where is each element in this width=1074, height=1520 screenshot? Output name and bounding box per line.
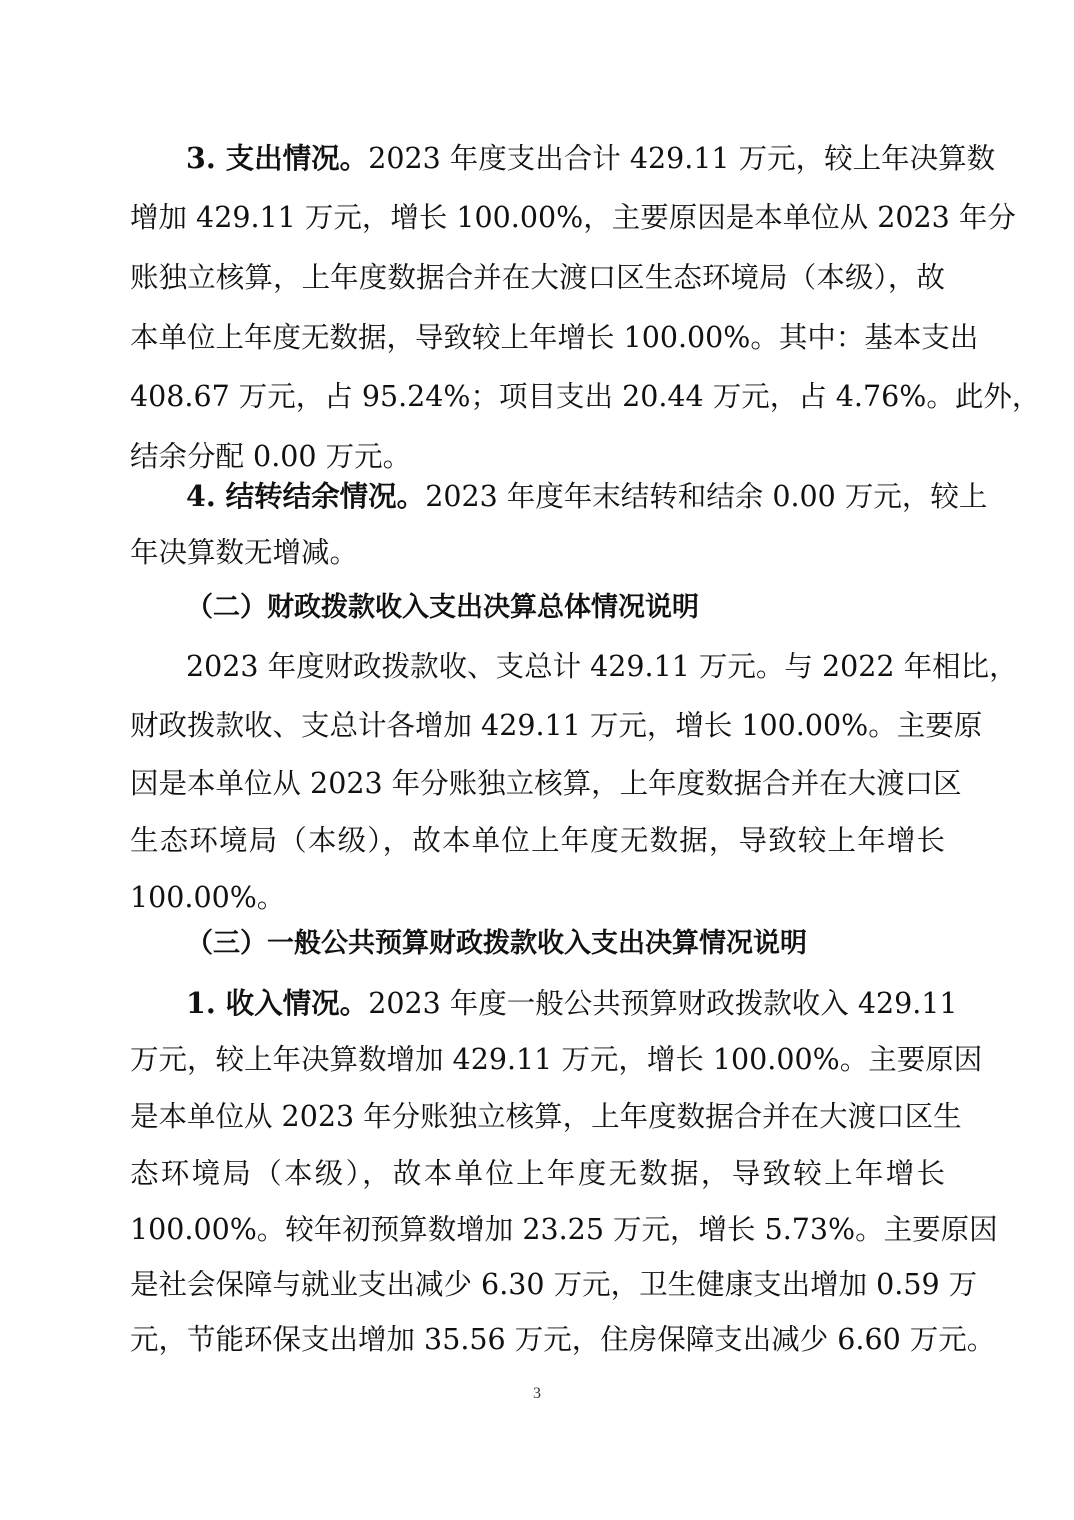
paragraph-line: 是社会保障与就业支出减少 6.30 万元，卫生健康支出增加 0.59 万: [130, 1265, 945, 1305]
text-run: 2023 年度一般公共预算财政拨款收入 429.11: [368, 987, 957, 1020]
paragraph-line: 账独立核算，上年度数据合并在大渡口区生态环境局（本级），故: [130, 258, 945, 298]
text-run: 2023 年度支出合计 429.11 万元，较上年决算数: [368, 142, 995, 175]
section-heading: （二）财政拨款收入支出决算总体情况说明: [186, 588, 945, 628]
paragraph-line: 408.67 万元，占 95.24%；项目支出 20.44 万元，占 4.76%…: [130, 377, 945, 417]
paragraph-line: 100.00%。: [130, 878, 945, 918]
paragraph-line: 4. 结转结余情况。2023 年度年末结转和结余 0.00 万元，较上: [186, 476, 945, 516]
paragraph-line: 年决算数无增减。: [130, 533, 945, 573]
paragraph-line: 态环境局（本级），故本单位上年度无数据，导致较上年增长: [130, 1154, 945, 1194]
paragraph-line: 万元，较上年决算数增加 429.11 万元，增长 100.00%。主要原因: [130, 1040, 945, 1080]
paragraph-line: 财政拨款收、支总计各增加 429.11 万元，增长 100.00%。主要原: [130, 706, 945, 746]
section-heading: （三）一般公共预算财政拨款收入支出决算情况说明: [186, 924, 945, 964]
paragraph-line: 生态环境局（本级），故本单位上年度无数据，导致较上年增长: [130, 821, 945, 861]
section-lead-label: 3. 支出情况。: [186, 141, 368, 175]
section-lead-label: 4. 结转结余情况。: [186, 479, 425, 513]
paragraph-line: 2023 年度财政拨款收、支总计 429.11 万元。与 2022 年相比，: [186, 647, 945, 687]
paragraph-line: 结余分配 0.00 万元。: [130, 437, 945, 477]
paragraph-line: 因是本单位从 2023 年分账独立核算，上年度数据合并在大渡口区: [130, 764, 945, 804]
paragraph-line: 1. 收入情况。2023 年度一般公共预算财政拨款收入 429.11: [186, 983, 945, 1023]
paragraph-line: 本单位上年度无数据，导致较上年增长 100.00%。其中：基本支出: [130, 318, 945, 358]
page-number: 3: [0, 1385, 1074, 1403]
paragraph-line: 100.00%。较年初预算数增加 23.25 万元，增长 5.73%。主要原因: [130, 1210, 945, 1250]
text-run: 2023 年度年末结转和结余 0.00 万元，较上: [425, 480, 987, 513]
paragraph-line: 元，节能环保支出增加 35.56 万元，住房保障支出减少 6.60 万元。: [130, 1320, 945, 1360]
paragraph-line: 3. 支出情况。2023 年度支出合计 429.11 万元，较上年决算数: [186, 138, 945, 178]
paragraph-line: 增加 429.11 万元，增长 100.00%，主要原因是本单位从 2023 年…: [130, 198, 945, 238]
paragraph-line: 是本单位从 2023 年分账独立核算，上年度数据合并在大渡口区生: [130, 1097, 945, 1137]
section-lead-label: 1. 收入情况。: [186, 986, 368, 1020]
document-page: 3. 支出情况。2023 年度支出合计 429.11 万元，较上年决算数 增加 …: [0, 0, 1074, 1520]
